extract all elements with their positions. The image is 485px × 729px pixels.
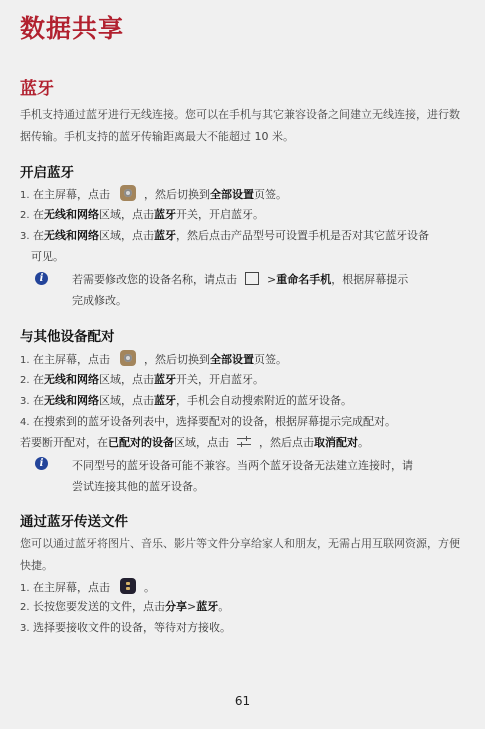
note-bold: 重命名手机: [276, 273, 331, 286]
step-number: 1.: [20, 355, 30, 366]
pair-note: 不同型号的蓝牙设备可能不兼容。当两个蓝牙设备无法建立连接时，请 尝试连接其他的蓝…: [72, 455, 442, 497]
step-bold: 取消配对: [314, 436, 358, 449]
menu-icon: [245, 272, 259, 285]
pair-step-4: 4. 在搜索到的蓝牙设备列表中，选择要配对的设备，根据屏幕提示完成配对。: [20, 414, 396, 431]
step-text: >: [187, 600, 196, 613]
settings-icon: [120, 185, 136, 201]
step-text: 区域，点击: [99, 394, 154, 407]
info-icon: i: [35, 272, 48, 285]
step-text: 在主屏幕，点击: [30, 353, 111, 366]
step-text: 页签。: [254, 353, 287, 366]
enable-step-3: 3. 在无线和网络区域，点击蓝牙，然后点击产品型号可设置手机是否对其它蓝牙设备: [20, 228, 429, 245]
pair-step-2: 2. 在无线和网络区域，点击蓝牙开关，开启蓝牙。: [20, 372, 264, 389]
step-text: 在搜索到的蓝牙设备列表中，选择要配对的设备，根据屏幕提示完成配对。: [30, 415, 397, 428]
pair-step-1: 1. 在主屏幕，点击，然后切换到全部设置页签。: [20, 350, 287, 369]
step-text: 区域，点击: [99, 229, 154, 242]
step-text: 。: [144, 581, 155, 594]
step-text: 。: [218, 600, 229, 613]
step-bold: 无线和网络: [44, 208, 99, 221]
step-text: 区域，点击: [99, 208, 154, 221]
note-text: 不同型号的蓝牙设备可能不兼容。当两个蓝牙设备无法建立连接时，请: [72, 459, 413, 472]
step-bold: 蓝牙: [196, 600, 218, 613]
heading-enable-bluetooth: 开启蓝牙: [20, 164, 74, 182]
step-bold: 无线和网络: [44, 229, 99, 242]
step-bold: 蓝牙: [154, 208, 176, 221]
step-bold: 已配对的设备: [108, 436, 174, 449]
document-page: 数据共享 蓝牙 手机支持通过蓝牙进行无线连接。您可以在手机与其它兼容设备之间建立…: [0, 0, 485, 729]
step-bold: 全部设置: [210, 188, 254, 201]
step-text: 开关，开启蓝牙。: [176, 208, 264, 221]
step-text: 页签。: [254, 188, 287, 201]
step-text: 在主屏幕，点击: [30, 188, 111, 201]
note-text: ，根据屏幕提示: [331, 273, 408, 286]
enable-step-2: 2. 在无线和网络区域，点击蓝牙开关，开启蓝牙。: [20, 207, 264, 224]
files-icon: [120, 578, 136, 594]
send-step-2: 2. 长按您要发送的文件，点击分享>蓝牙。: [20, 599, 229, 616]
note-text: 完成修改。: [72, 294, 127, 307]
step-bold: 全部设置: [210, 353, 254, 366]
heading-send-files: 通过蓝牙传送文件: [20, 513, 128, 531]
info-icon: i: [35, 457, 48, 470]
step-text: 区域，点击: [99, 373, 154, 386]
step-text: 在: [30, 229, 45, 242]
enable-note: 若需要修改您的设备名称，请点击>重命名手机，根据屏幕提示 完成修改。: [72, 269, 442, 311]
step-text: 若要断开配对，在: [20, 436, 108, 449]
unpair-instruction: 若要断开配对，在已配对的设备区域，点击，然后点击取消配对。: [20, 435, 369, 451]
settings-icon: [120, 350, 136, 366]
step-text: 选择要接收文件的设备，等待对方接收。: [30, 621, 232, 634]
step-text: 在: [30, 394, 45, 407]
step-number: 3.: [20, 231, 30, 242]
send-step-3: 3. 选择要接收文件的设备，等待对方接收。: [20, 620, 231, 637]
step-text: 在主屏幕，点击: [30, 581, 111, 594]
step-bold: 蓝牙: [154, 229, 176, 242]
step-text: ，然后点击产品型号可设置手机是否对其它蓝牙设备: [176, 229, 429, 242]
step-text: ，然后切换到: [144, 188, 210, 201]
step-number: 3.: [20, 396, 30, 407]
heading-pair-devices: 与其他设备配对: [20, 328, 115, 346]
note-text: 若需要修改您的设备名称，请点击: [72, 273, 237, 286]
page-number: 61: [0, 694, 485, 708]
step-text: 长按您要发送的文件，点击: [30, 600, 166, 613]
sliders-icon: [237, 435, 251, 447]
bluetooth-intro: 手机支持通过蓝牙进行无线连接。您可以在手机与其它兼容设备之间建立无线连接，进行数…: [20, 104, 470, 148]
section-heading-bluetooth: 蓝牙: [20, 78, 54, 100]
send-step-1: 1. 在主屏幕，点击。: [20, 578, 155, 597]
step-text: 在: [30, 373, 45, 386]
step-number: 4.: [20, 417, 30, 428]
note-text: >: [267, 273, 276, 286]
step-bold: 无线和网络: [44, 373, 99, 386]
step-number: 3.: [20, 623, 30, 634]
step-text: 。: [358, 436, 369, 449]
step-text: 在: [30, 208, 45, 221]
step-bold: 无线和网络: [44, 394, 99, 407]
step-bold: 蓝牙: [154, 373, 176, 386]
step-number: 1.: [20, 583, 30, 594]
pair-step-3: 3. 在无线和网络区域，点击蓝牙，手机会自动搜索附近的蓝牙设备。: [20, 393, 352, 410]
step-text: 区域，点击: [174, 436, 229, 449]
step-text: 开关，开启蓝牙。: [176, 373, 264, 386]
note-text: 尝试连接其他的蓝牙设备。: [72, 480, 204, 493]
step-number: 2.: [20, 375, 30, 386]
step-text: ，然后点击: [259, 436, 314, 449]
send-intro: 您可以通过蓝牙将图片、音乐、影片等文件分享给家人和朋友，无需占用互联网资源，方便…: [20, 533, 470, 577]
page-title: 数据共享: [20, 12, 124, 46]
step-number: 2.: [20, 210, 30, 221]
enable-step-1: 1. 在主屏幕，点击，然后切换到全部设置页签。: [20, 185, 287, 204]
step-text: ，手机会自动搜索附近的蓝牙设备。: [176, 394, 352, 407]
step-bold: 蓝牙: [154, 394, 176, 407]
enable-step-3-cont: 可见。: [31, 249, 64, 265]
step-number: 2.: [20, 602, 30, 613]
step-text: ，然后切换到: [144, 353, 210, 366]
step-number: 1.: [20, 190, 30, 201]
step-bold: 分享: [165, 600, 187, 613]
